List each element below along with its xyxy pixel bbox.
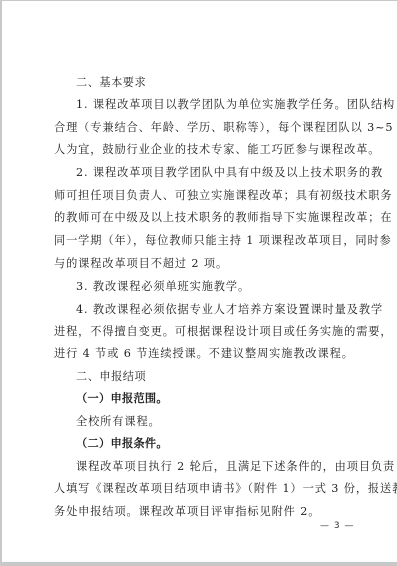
paragraph-line: 2. 课程改革项目教学团队中具有中级及以上技术职务的教 [76,166,356,180]
subheading-conditions: （二）申报条件。 [76,437,356,451]
page-number: — 3 — [320,521,354,531]
paragraph-line: 1. 课程改革项目以教学团队为单位实施教学任务。团队结构 [76,98,356,112]
section-heading-application-closing: 二、申报结项 [76,370,356,384]
paragraph-line: 课程改革项目执行 2 轮后，且满足下述条件的，由项目负责 [76,460,356,474]
paragraph-line: 进程，不得擅自变更。可根据课程设计项目或任务实施的需要， [54,325,356,339]
paragraph-line: 人填写《课程改革项目结项申请书》（附件 1）一式 3 份，报送教 [54,482,356,496]
paragraph-line: 的教师可在中级及以上技术职务的教师指导下实施课程改革；在 [54,211,356,225]
paragraph-line: 进行 4 节或 6 节连续授课。不建议整周实施教改课程。 [54,347,356,361]
paragraph-line: 人为宜，鼓励行业企业的技术专家、能工巧匠参与课程改革。 [54,143,356,157]
section-heading-basic-requirements: 二、基本要求 [76,76,356,90]
paragraph-line: 4. 教改课程必须依据专业人才培养方案设置课时量及教学 [76,303,356,317]
paragraph-line: 3. 教改课程必须单班实施教学。 [76,280,356,294]
document-page: 二、基本要求 1. 课程改革项目以教学团队为单位实施教学任务。团队结构 合理（专… [2,1,397,562]
paragraph-line: 合理（专兼结合、年龄、学历、职称等），每个课程团队以 3~5 [54,121,356,135]
paragraph-line: 全校所有课程。 [76,415,356,429]
subheading-scope: （一）申报范围。 [76,392,356,406]
paragraph-line: 与的课程改革项目不超过 2 项。 [54,257,356,271]
paragraph-line: 同一学期（年），每位教师只能主持 1 项课程改革项目，同时参 [54,234,356,248]
paragraph-line: 师可担任项目负责人、可独立实施课程改革；具有初级技术职务 [54,189,356,203]
paragraph-line: 务处申报结项。课程改革项目评审指标见附件 2。 [54,505,356,519]
